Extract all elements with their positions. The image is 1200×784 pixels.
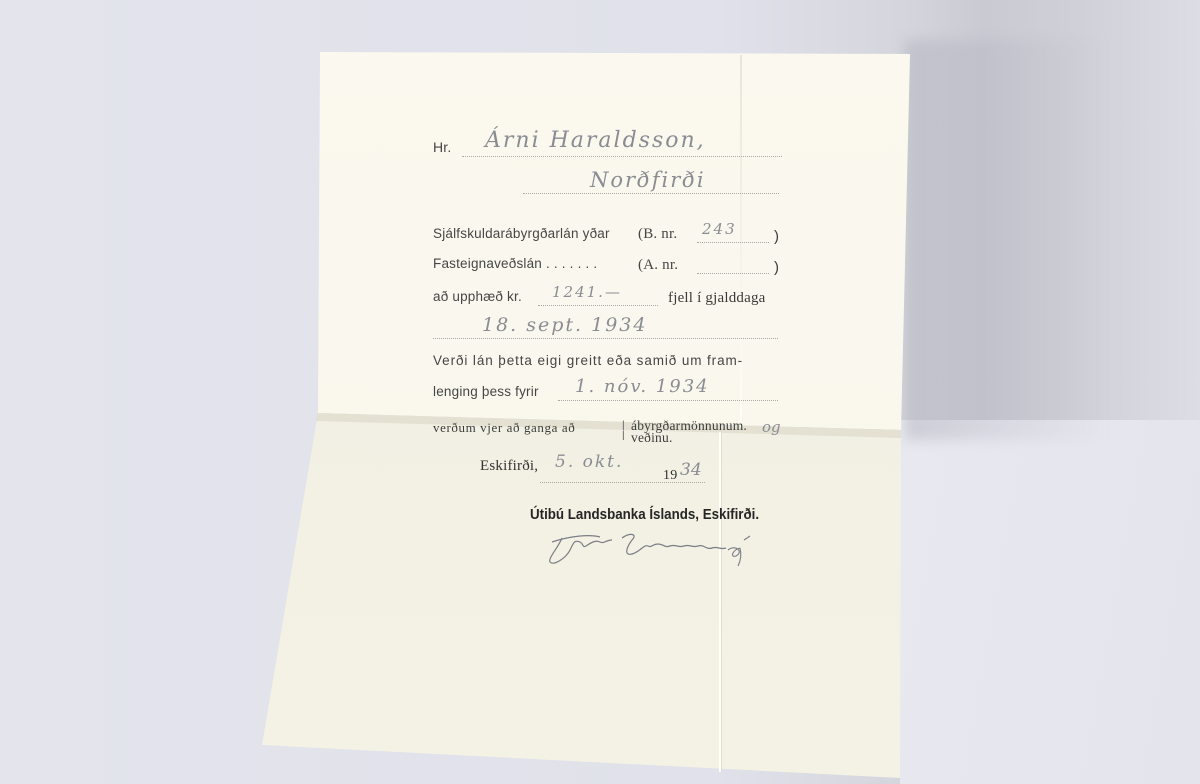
extension-deadline-line — [558, 400, 778, 401]
due-date: 18. sept. 1934 — [482, 314, 647, 336]
amount-line — [538, 305, 658, 306]
letter-content: Hr. Árni Haraldsson, Norðfirði Sjálfskul… — [0, 0, 1200, 784]
amount-value: 1241.— — [552, 283, 622, 301]
salutation: Hr. — [433, 139, 452, 155]
loan-type-mortgage: Fasteignaveðslán . . . . . . . — [433, 256, 597, 271]
loan-ref-prefix-a: (A. nr. — [638, 257, 678, 274]
name-leader-line — [462, 156, 782, 157]
recipient-location: Norðfirði — [590, 168, 706, 192]
place: Eskifirði, — [480, 458, 538, 475]
recipient-name: Árni Haraldsson, — [485, 128, 706, 153]
extension-deadline: 1. nóv. 1934 — [575, 376, 710, 397]
year-handwritten: 34 — [680, 460, 702, 480]
amount-suffix: fjell í gjalddaga — [668, 290, 766, 307]
loan-ref-b-line — [697, 242, 769, 243]
loan-ref-a-line — [697, 273, 769, 274]
due-date-line — [433, 338, 778, 339]
close-paren: ) — [774, 259, 779, 276]
extension-line-2-prefix: lenging þess fyrir — [433, 384, 539, 399]
location-leader-line — [523, 193, 779, 194]
loan-ref-prefix-b: (B. nr. — [638, 226, 677, 243]
action-option-collateral: veðinu. — [631, 430, 673, 446]
year-printed: 19 — [663, 468, 677, 484]
action-prefix: verðum vjer að ganga að — [433, 420, 575, 436]
date-line — [540, 482, 705, 483]
close-paren: ) — [774, 228, 779, 245]
loan-ref-b-value: 243 — [702, 220, 737, 238]
action-handwritten-og: og — [762, 418, 781, 436]
brace-bottom: | — [622, 431, 625, 441]
loan-type-guarantee: Sjálfskuldarábyrgðarlán yðar — [433, 226, 610, 241]
signature — [540, 528, 780, 568]
extension-line-1: Verði lán þetta eigi greitt eða samið um… — [433, 353, 743, 368]
amount-prefix: að upphæð kr. — [433, 289, 522, 304]
issuer-stamp: Útibú Landsbanka Íslands, Eskifirði. — [530, 507, 759, 523]
date-day-month: 5. okt. — [555, 452, 623, 472]
